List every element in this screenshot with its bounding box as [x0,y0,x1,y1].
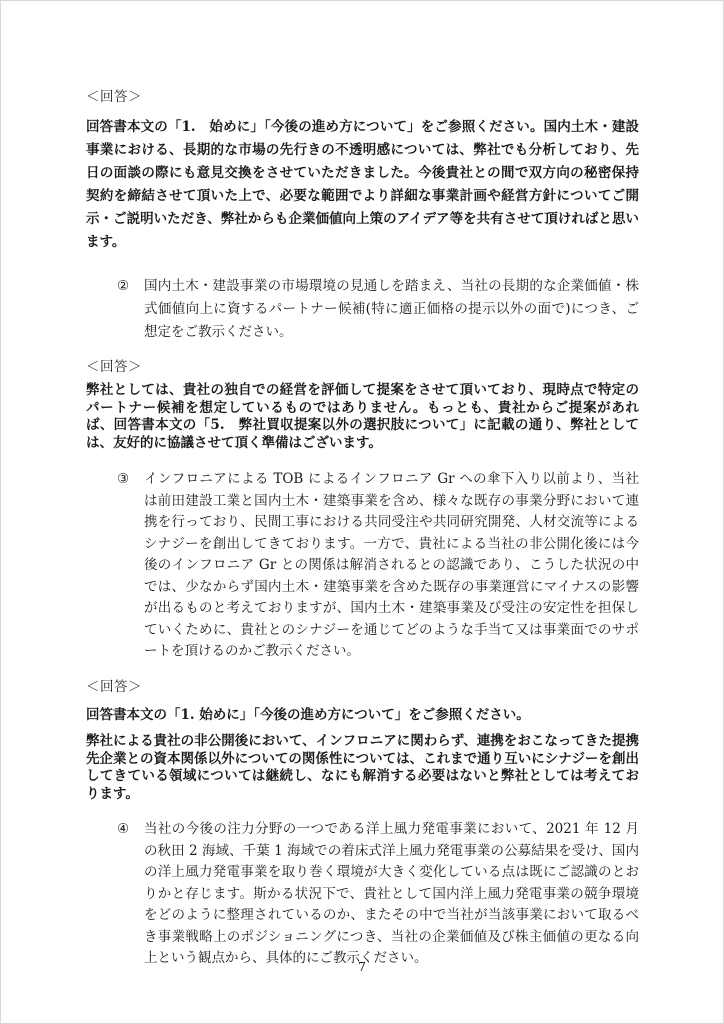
item-text: インフロニアによる TOB によるインフロニア Gr への傘下入り以前より、当社… [144,469,639,663]
item-text: 当社の今後の注力分野の一つである洋上風力発電事業において、2021 年 12 月… [144,819,639,970]
page-number: 7 [1,959,723,974]
question-item: ④ 当社の今後の注力分野の一つである洋上風力発電事業において、2021 年 12… [86,819,639,970]
answer-label: ＜回答＞ [86,679,639,695]
document-page: ＜回答＞ 回答書本文の「1. 始めに」「今後の進め方について」をご参照ください。… [0,0,724,1024]
question-item: ③ インフロニアによる TOB によるインフロニア Gr への傘下入り以前より、… [86,469,639,663]
item-marker: ④ [86,819,144,970]
answer-paragraph: 弊社による貴社の非公開後において、インフロニアに関わらず、連携をおこなってきた提… [86,733,639,803]
item-marker: ③ [86,469,144,663]
question-item: ② 国内土木・建設事業の市場環境の見通しを踏まえ、当社の長期的な企業価値・株式価… [86,275,639,344]
answer-paragraph: 回答書本文の「1. 始めに」「今後の進め方について」をご参照ください。国内土木・… [86,116,639,254]
item-text: 国内土木・建設事業の市場環境の見通しを踏まえ、当社の長期的な企業価値・株式価値向… [144,275,639,344]
item-marker: ② [86,275,144,344]
answer-label: ＜回答＞ [86,89,639,105]
answer-label: ＜回答＞ [86,359,639,375]
answer-paragraph: 回答書本文の「1. 始めに」「今後の進め方について」をご参照ください。 [86,707,639,725]
answer-paragraph: 弊社としては、貴社の独自での経営を評価して提案をさせて頂いており、現時点で特定の… [86,382,639,452]
